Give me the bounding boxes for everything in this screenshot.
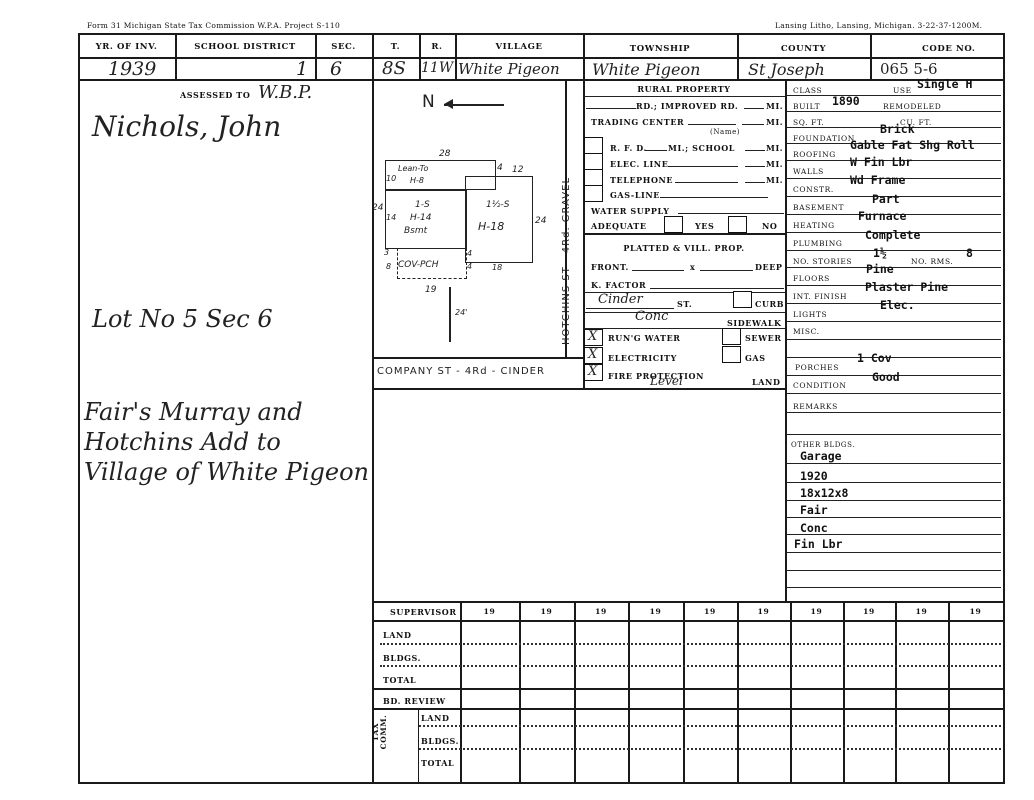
dim-lean-w: 4 [497, 163, 503, 173]
dim-step-b: 4 [467, 262, 472, 271]
rung-water-label: RUN'G WATER [608, 333, 681, 343]
tax-comm-divider [418, 708, 419, 782]
other-bldg-line: 18x12x8 [800, 486, 848, 500]
main-basement: Bsmt [404, 226, 427, 236]
floors-label: FLOORS [793, 274, 830, 283]
lights-label: LIGHTS [793, 310, 827, 319]
col-divider [372, 33, 374, 80]
basement-value: Part [872, 192, 900, 206]
row-divider [372, 620, 1003, 622]
mi-label: MI. [766, 159, 783, 169]
trading-center-label: TRADING CENTER [591, 117, 684, 127]
field-rule [787, 463, 1001, 464]
front-label: FRONT. [591, 262, 629, 272]
other-bldg-line: Fin Lbr [794, 537, 842, 551]
field-rule [787, 587, 1001, 588]
built-value: 1890 [832, 94, 860, 108]
stories-value: 1½ [873, 246, 887, 260]
roofing-label: ROOFING [793, 150, 836, 159]
school-label: MI.; SCHOOL [668, 143, 735, 153]
col-divider [455, 33, 457, 80]
elec-line-checkbox[interactable] [584, 153, 603, 170]
yr-of-inv-value: 1939 [108, 58, 156, 80]
basement-label: BASEMENT [793, 203, 844, 212]
year-column-header: 19 [895, 607, 948, 616]
rural-building-divider [785, 80, 787, 602]
north-arrowhead-icon [444, 99, 453, 109]
roofing-value: Gable Fat Shg Roll [850, 138, 975, 152]
header-divider [78, 57, 1003, 59]
x-label: x [690, 262, 695, 272]
row-divider [372, 688, 1003, 690]
gas-checkbox[interactable] [722, 346, 741, 363]
form-header-right: Lansing Litho, Lansing, Michigan. 3-22-3… [775, 21, 982, 30]
header-label-t: T. [372, 42, 419, 52]
wing-height: H-18 [478, 220, 504, 233]
year-column-divider [460, 602, 462, 782]
rung-water-checkbox[interactable]: X [584, 329, 603, 346]
dim-main-h: 14 [386, 213, 396, 222]
field-rule [787, 357, 1001, 358]
sqft-label: SQ. FT. [793, 118, 824, 127]
year-column-divider [683, 602, 685, 782]
field-rule [787, 393, 1001, 394]
header-label-r: R. [419, 42, 455, 52]
dim-left-h: 24 [372, 203, 383, 213]
left-panel-divider [372, 80, 374, 782]
north-arrow-icon [444, 104, 504, 106]
plumbing-label: PLUMBING [793, 239, 842, 248]
tax-total-label: TOTAL [421, 758, 454, 768]
year-column-divider [948, 602, 950, 782]
use-value: Single H [917, 77, 972, 91]
field-rule [787, 517, 1001, 518]
year-column-header: 19 [574, 607, 628, 616]
mi-label: MI. [766, 101, 783, 111]
st-label: ST. [677, 299, 692, 309]
year-column-header: 19 [519, 607, 574, 616]
village-value: White Pigeon [458, 60, 560, 78]
rooms-value: 8 [966, 246, 973, 260]
year-column-divider [628, 602, 630, 782]
rooms-label: NO. RMS. [911, 257, 953, 266]
year-column-divider [519, 602, 521, 782]
land-row-label: LAND [383, 630, 411, 640]
telephone-label: TELEPHONE [610, 175, 673, 185]
dim-right-w: 12 [512, 165, 523, 175]
other-bldg-line: 1920 [800, 469, 828, 483]
col-divider [870, 33, 872, 80]
foundation-label: FOUNDATION [793, 134, 855, 143]
year-column-header: 19 [628, 607, 683, 616]
owner-name: Nichols, John [92, 110, 281, 143]
land-value: Level [650, 374, 683, 388]
fire-protection-check: X [588, 364, 597, 379]
code-no-value: 065 5-6 [880, 60, 938, 78]
adequate-label: ADEQUATE [591, 221, 647, 231]
land-label: LAND [752, 377, 780, 387]
other-bldg-line: Garage [800, 449, 842, 463]
other-bldg-line: Conc [800, 521, 828, 535]
constr-label: CONSTR. [793, 185, 834, 194]
misc-label: MISC. [793, 327, 820, 336]
sidewalk-label: SIDEWALK [727, 318, 782, 328]
condition-value: Good [872, 370, 900, 384]
dim-right-h: 24 [535, 216, 546, 226]
curb-checkbox[interactable] [733, 291, 752, 308]
electricity-checkbox[interactable]: X [584, 347, 603, 364]
total-row-label: TOTAL [383, 675, 416, 685]
year-column-header: 19 [737, 607, 790, 616]
dim-porch-w: 19 [425, 285, 436, 295]
setback-arrow-icon [449, 287, 451, 342]
gas-line-checkbox[interactable] [584, 185, 603, 202]
remarks-label: REMARKS [793, 402, 838, 411]
field-rule [787, 500, 1001, 501]
field-rule [787, 412, 1001, 413]
assessed-to-label: ASSESSED TO [180, 90, 250, 100]
mi-label: MI. [766, 117, 783, 127]
field-rule [787, 267, 1001, 268]
dim-step-a: 4 [467, 249, 472, 258]
col-divider [315, 33, 317, 80]
col-divider [175, 33, 177, 80]
year-column-divider [843, 602, 845, 782]
adequate-yes-checkbox[interactable] [664, 216, 683, 233]
deep-label: DEEP [755, 262, 783, 272]
field-rule [787, 434, 1001, 435]
platted-title: PLATTED & VILL. PROP. [583, 243, 785, 253]
header-label-county: COUNTY [737, 44, 870, 54]
rd-label: RD.; IMPROVED RD. [636, 101, 738, 111]
elec-line-label: ELEC. LINE [610, 159, 668, 169]
plumbing-value: Complete [865, 228, 920, 242]
col-divider [583, 33, 585, 80]
mi-label: MI. [766, 175, 783, 185]
gas-line-label: GAS-LINE [610, 190, 660, 200]
porches-value: 1 Cov [857, 351, 892, 365]
tax-bldgs-label: BLDGS. [421, 736, 459, 746]
header-label-village: VILLAGE [455, 42, 583, 52]
name-hint: (Name) [710, 128, 740, 136]
header-label-school-district: SCHOOL DISTRICT [175, 42, 315, 52]
valuation-top [372, 601, 1003, 603]
year-column-header: 19 [460, 607, 519, 616]
township-value: White Pigeon [592, 60, 700, 79]
assessed-to-value: W.B.P. [258, 82, 312, 103]
field-rule [787, 111, 1001, 112]
rung-water-check: X [588, 329, 597, 344]
mi-label: MI. [766, 143, 783, 153]
lights-value: Elec. [880, 298, 915, 312]
sec-value: 6 [330, 58, 342, 80]
main-height: H-14 [410, 213, 431, 223]
row-divider [372, 708, 1003, 710]
dim-porch-gap: 3 [384, 248, 389, 257]
header-bottom [78, 79, 1003, 81]
wing-stories: 1½-S [486, 200, 509, 210]
electricity-label: ELECTRICITY [608, 353, 677, 363]
built-label: BUILT [793, 102, 820, 111]
dim-top: 28 [439, 149, 450, 159]
heating-value: Furnace [858, 209, 906, 223]
school-district-value: 1 [296, 58, 308, 80]
year-column-divider [790, 602, 792, 782]
other-bldgs-label: OTHER BLDGS. [791, 441, 855, 449]
int-finish-label: INT. FINISH [793, 292, 847, 301]
fire-protection-checkbox[interactable]: X [584, 364, 603, 381]
sewer-checkbox[interactable] [722, 328, 741, 345]
field-rule [787, 552, 1001, 553]
tax-land-label: LAND [421, 713, 449, 723]
main-stories: 1-S [415, 200, 430, 210]
bd-review-label: BD. REVIEW [383, 696, 446, 706]
description-line-1: Fair's Murray and [84, 398, 303, 426]
col-divider [737, 33, 739, 80]
description-line-3: Village of White Pigeon [84, 458, 369, 486]
use-label: USE [893, 86, 912, 95]
remodeled-label: REMODELED [883, 102, 941, 111]
dim-setback: 24' [455, 308, 467, 317]
header-label-code-no: CODE NO. [922, 44, 975, 54]
int-finish-value: Plaster Pine [865, 280, 948, 294]
stories-label: NO. STORIES [793, 257, 852, 266]
heating-label: HEATING [793, 221, 835, 230]
no-label: NO [762, 221, 777, 231]
header-label-sec: SEC. [315, 42, 372, 52]
year-column-header: 19 [843, 607, 895, 616]
k-factor-label: K. FACTOR [591, 280, 646, 290]
sketch-bottom [372, 388, 785, 390]
adequate-no-checkbox[interactable] [728, 216, 747, 233]
foundation-value: Brick [880, 122, 915, 136]
t-value: 8S [382, 58, 406, 79]
dim-lean-h: 10 [386, 174, 396, 183]
street-right-label: HOTCHINS ST - 4Rd. GRAVEL [561, 177, 572, 345]
lot-line: Lot No 5 Sec 6 [92, 305, 273, 333]
walls-label: WALLS [793, 167, 824, 176]
supervisor-label: SUPERVISOR [390, 607, 457, 617]
dim-porch-h: 8 [386, 262, 391, 271]
walls-value: W Fin Lbr [850, 155, 912, 169]
r-value: 11W [421, 60, 453, 76]
sidewalk-value: Conc [635, 309, 668, 324]
lean-to-height: H-8 [410, 176, 424, 185]
dim-bottom-r: 18 [492, 263, 502, 272]
rfd-label: R. F. D. [610, 143, 647, 153]
year-column-header: 19 [948, 607, 1003, 616]
telephone-checkbox[interactable] [584, 169, 603, 186]
tax-comm-label: TAX COMM. [372, 712, 388, 752]
street-line-bottom [372, 357, 583, 359]
sewer-label: SEWER [745, 333, 782, 343]
field-rule [787, 570, 1001, 571]
class-label: CLASS [793, 86, 822, 95]
description-line-2: Hotchins Add to [84, 428, 281, 456]
street-bottom-label: COMPANY ST - 4Rd - CINDER [377, 366, 545, 377]
street-value: Cinder [598, 292, 643, 307]
field-rule [787, 95, 1001, 96]
electricity-check: X [588, 347, 597, 362]
field-rule [787, 321, 1001, 322]
gas-label: GAS [745, 353, 766, 363]
porches-label: PORCHES [795, 363, 839, 372]
porch-label: COV-PCH [398, 260, 438, 270]
other-bldg-line: Fair [800, 503, 828, 517]
constr-value: Wd Frame [850, 173, 905, 187]
curb-label: CURB [755, 299, 784, 309]
year-column-divider [574, 602, 576, 782]
header-label-township: TOWNSHIP [583, 44, 737, 54]
lean-to-label: Lean-To [398, 164, 428, 173]
yes-label: YES [695, 221, 714, 231]
year-column-divider [895, 602, 897, 782]
water-supply-label: WATER SUPPLY [591, 206, 670, 216]
county-value: St Joseph [748, 60, 825, 79]
year-column-header: 19 [790, 607, 843, 616]
year-column-divider [737, 602, 739, 782]
section-divider [583, 233, 785, 235]
north-label: N [422, 92, 435, 112]
bldgs-row-label: BLDGS. [383, 653, 421, 663]
floors-value: Pine [866, 262, 894, 276]
field-rule [787, 339, 1001, 340]
year-column-header: 19 [683, 607, 737, 616]
rfd-checkbox[interactable] [584, 137, 603, 154]
header-label-yr-of-inv: YR. OF INV. [78, 42, 175, 52]
condition-label: CONDITION [793, 381, 847, 390]
rural-title: RURAL PROPERTY [583, 84, 785, 94]
form-header-left: Form 31 Michigan State Tax Commission W.… [87, 21, 340, 30]
